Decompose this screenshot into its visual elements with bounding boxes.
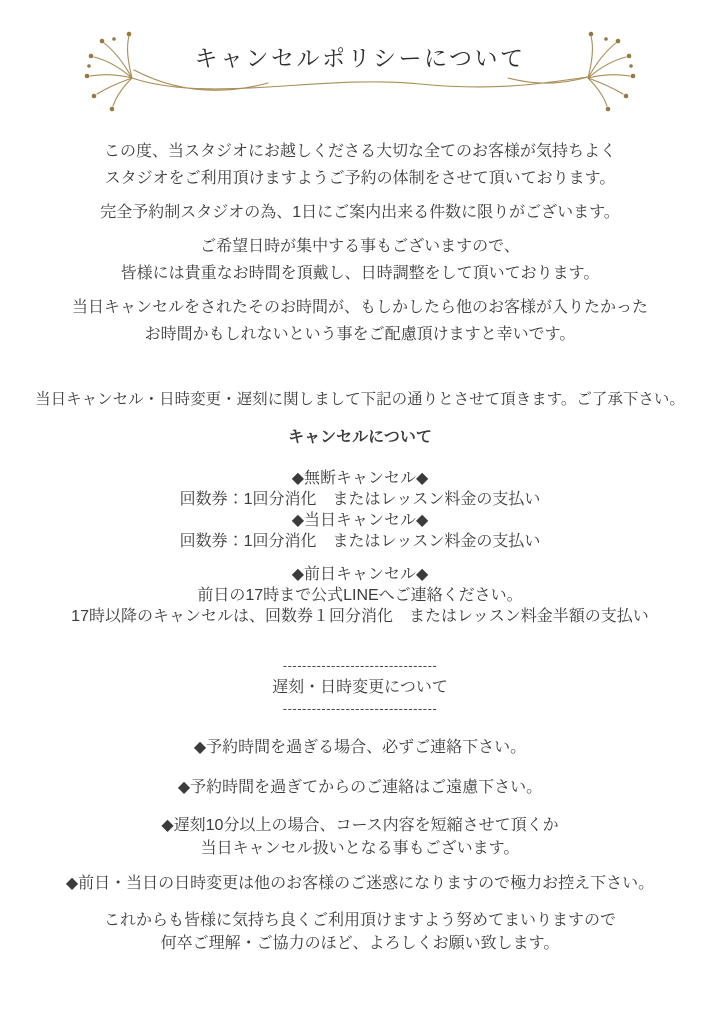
cancel-rule-title: ◆前日キャンセル◆ — [0, 564, 720, 585]
cancel-rule-line: 前日の17時まで公式LINEへご連絡ください。 — [0, 585, 720, 606]
page-title: キャンセルポリシーについて — [80, 40, 640, 73]
paragraph-line: 完全予約制スタジオの為、1日にご案内出来る件数に限りがございます。 — [0, 199, 720, 226]
closing-message: これからも皆様に気持ち良くご利用頂けますよう努めてまいりますので 何卒ご理解・ご… — [0, 909, 720, 955]
intro-paragraph: 完全予約制スタジオの為、1日にご案内出来る件数に限りがございます。 — [0, 199, 720, 226]
ornament-connector-line — [132, 70, 588, 90]
paragraph-line: ご希望日時が集中する事もございますので、 — [0, 233, 720, 260]
paragraph-line: 皆様には貴重なお時間を頂戴し、日時調整をして頂いております。 — [0, 260, 720, 287]
cancel-rule-line: 回数券：1回分消化 またはレッスン料金の支払い — [0, 489, 720, 510]
late-section-header: -------------------------------- 遅刻・日時変更… — [0, 655, 720, 720]
late-rule: ◆遅刻10分以上の場合、コース内容を短縮させて頂くか 当日キャンセル扱いとなる事… — [0, 814, 720, 860]
cancel-rule-line: 17時以降のキャンセルは、回数券１回分消化 またはレッスン料金半額の支払い — [0, 606, 720, 627]
late-rule-line: ◆予約時間を過ぎる場合、必ずご連絡下さい。 — [0, 736, 720, 759]
intro-paragraph: 当日キャンセルをされたそのお時間が、もしかしたら他のお客様が入りたかった お時間… — [0, 294, 720, 348]
intro-paragraph: ご希望日時が集中する事もございますので、 皆様には貴重なお時間を頂戴し、日時調整… — [0, 233, 720, 287]
cancel-rule-group: ◆無断キャンセル◆ 回数券：1回分消化 またはレッスン料金の支払い ◆当日キャン… — [0, 468, 720, 552]
intro-section: この度、当スタジオにお越しくださる大切な全てのお客様が気持ちよく スタジオをご利… — [0, 138, 720, 348]
late-rule: ◆前日・当日の日時変更は他のお客様のご迷惑になりますので極力お控え下さい。 — [0, 872, 720, 895]
late-rule: ◆予約時間を過ぎてからのご連絡はご遠慮下さい。 — [0, 776, 720, 799]
late-rule-line: ◆前日・当日の日時変更は他のお客様のご迷惑になりますので極力お控え下さい。 — [0, 872, 720, 895]
closing-line: これからも皆様に気持ち良くご利用頂けますよう努めてまいりますので — [0, 909, 720, 932]
intro-paragraph: この度、当スタジオにお越しくださる大切な全てのお客様が気持ちよく スタジオをご利… — [0, 138, 720, 192]
late-section-heading: 遅刻・日時変更について — [0, 677, 720, 699]
cancel-rule-title: ◆当日キャンセル◆ — [0, 510, 720, 531]
cancel-section-heading: キャンセルについて — [0, 424, 720, 451]
cancel-rule-title: ◆無断キャンセル◆ — [0, 468, 720, 489]
dashed-divider: -------------------------------- — [0, 698, 720, 720]
document-header: キャンセルポリシーについて — [80, 26, 640, 118]
closing-line: 何卒ご理解・ご協力のほど、よろしくお願い致します。 — [0, 932, 720, 955]
cancel-policy-document: キャンセルポリシーについて この度、当スタジオにお越しくださる大切な全てのお客様… — [0, 0, 720, 1018]
late-rule-line: ◆予約時間を過ぎてからのご連絡はご遠慮下さい。 — [0, 776, 720, 799]
cancel-rule-line: 回数券：1回分消化 またはレッスン料金の支払い — [0, 531, 720, 552]
paragraph-line: お時間かもしれないという事をご配慮頂けますと幸いです。 — [0, 321, 720, 348]
cancel-rule-group: ◆前日キャンセル◆ 前日の17時まで公式LINEへご連絡ください。 17時以降の… — [0, 564, 720, 627]
late-rule: ◆予約時間を過ぎる場合、必ずご連絡下さい。 — [0, 736, 720, 759]
dashed-divider: -------------------------------- — [0, 655, 720, 677]
late-rule-line: ◆遅刻10分以上の場合、コース内容を短縮させて頂くか — [0, 814, 720, 837]
late-rule-line: 当日キャンセル扱いとなる事もございます。 — [0, 837, 720, 860]
paragraph-line: この度、当スタジオにお越しくださる大切な全てのお客様が気持ちよく — [0, 138, 720, 165]
policy-notice: 当日キャンセル・日時変更・遅刻に関しまして下記の通りとさせて頂きます。ご了承下さ… — [0, 386, 720, 413]
paragraph-line: 当日キャンセルをされたそのお時間が、もしかしたら他のお客様が入りたかった — [0, 294, 720, 321]
paragraph-line: スタジオをご利用頂けますようご予約の体制をさせて頂いております。 — [0, 165, 720, 192]
